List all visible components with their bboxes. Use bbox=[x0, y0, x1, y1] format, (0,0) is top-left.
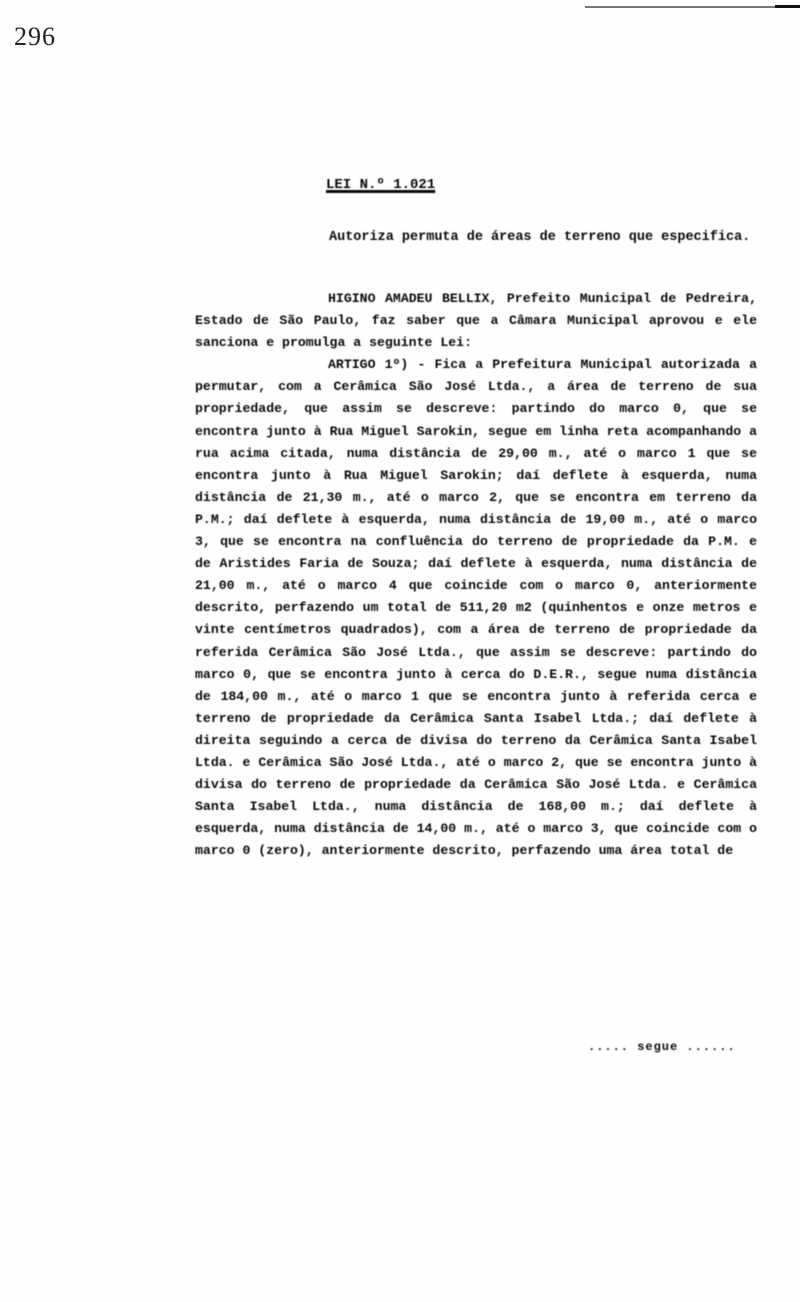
top-rule bbox=[585, 6, 800, 8]
law-body: HIGINO AMADEU BELLIX, Prefeito Municipal… bbox=[195, 288, 757, 862]
page-number: 296 bbox=[14, 22, 56, 52]
preamble-paragraph: HIGINO AMADEU BELLIX, Prefeito Municipal… bbox=[195, 288, 757, 354]
continuation-note: ..... segue ...... bbox=[588, 1040, 736, 1054]
law-title: LEI N.º 1.021 bbox=[326, 177, 435, 193]
law-ementa: Autoriza permuta de áreas de terreno que… bbox=[329, 226, 759, 249]
article-1-paragraph: ARTIGO 1º) - Fica a Prefeitura Municipal… bbox=[195, 354, 757, 862]
